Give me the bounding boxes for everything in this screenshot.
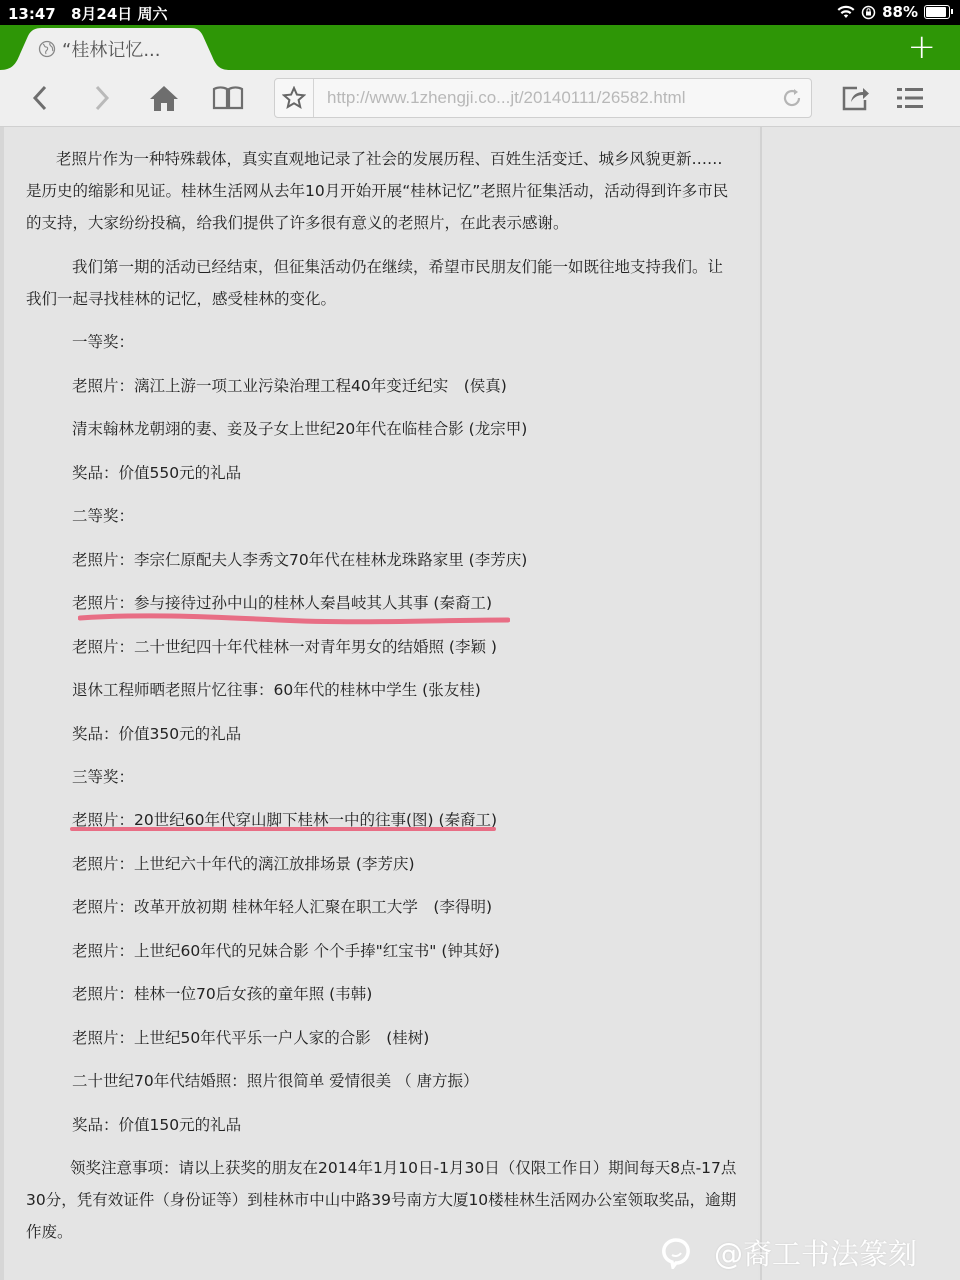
second-prize-item: 退休工程师晒老照片忆往事：60年代的桂林中学生 (张友桂) — [72, 678, 481, 700]
battery-percent: 88% — [882, 3, 918, 21]
share-icon — [841, 84, 871, 112]
reload-icon[interactable] — [781, 87, 803, 109]
address-bar[interactable]: http://www.1zhengji.co...jt/20140111/265… — [274, 78, 812, 118]
third-prize-reward: 奖品：价值150元的礼品 — [72, 1113, 241, 1135]
home-button[interactable] — [146, 80, 182, 116]
third-prize-item: 二十世纪70年代结婚照：照片很简单 爱情很美 （ 唐方振） — [72, 1069, 479, 1091]
second-prize-reward: 奖品：价值350元的礼品 — [72, 722, 241, 744]
watermark-text: @裔工书法篆刻 — [714, 1232, 917, 1273]
tab-title-container[interactable]: “桂林记忆... — [38, 36, 161, 62]
second-prize-item: 老照片：二十世纪四十年代桂林一对青年男女的结婚照 (李颖 ) — [72, 635, 497, 657]
second-prize-heading: 二等奖： — [72, 504, 134, 526]
intro-line-3: 的支持，大家纷纷投稿，给我们提供了许多很有意义的老照片，在此表示感谢。 — [26, 211, 569, 233]
third-prize-item: 老照片：上世纪六十年代的漓江放排场景 (李芳庆) — [72, 852, 415, 874]
bookmarks-button[interactable] — [208, 80, 248, 116]
highlight-underline-2 — [70, 827, 496, 831]
continue-line-1: 我们第一期的活动已经结束，但征集活动仍在继续，希望市民朋友们能一如既往地支持我们… — [72, 255, 723, 277]
status-bar: 13:47 8月24日 周六 88% — [0, 0, 960, 25]
chevron-right-icon — [94, 85, 110, 111]
weibo-logo-icon — [660, 1237, 692, 1269]
first-prize-item: 老照片：漓江上游一项工业污染治理工程40年变迁纪实 (侯真) — [72, 374, 507, 396]
watermark: @裔工书法篆刻 — [660, 1232, 917, 1273]
url-text[interactable]: http://www.1zhengji.co...jt/20140111/265… — [327, 88, 686, 108]
third-prize-item: 老照片：上世纪50年代平乐一户人家的合影 (桂树) — [72, 1026, 429, 1048]
star-icon — [282, 86, 306, 110]
forward-button[interactable] — [86, 80, 118, 116]
list-menu-icon — [896, 85, 924, 111]
rotation-lock-icon — [861, 5, 876, 20]
notice-line-2: 30分，凭有效证件（身份证等）到桂林市中山中路39号南方大厦10楼桂林生活网办公… — [26, 1188, 736, 1210]
bookmark-star-button[interactable] — [275, 79, 314, 117]
article-content: 老照片作为一种特殊载体，真实直观地记录了社会的发展历程、百姓生活变迁、城乡风貌更… — [0, 127, 758, 1280]
back-button[interactable] — [24, 80, 56, 116]
chevron-left-icon — [32, 85, 48, 111]
battery-icon — [924, 5, 950, 19]
highlight-underline-1 — [78, 612, 510, 626]
third-prize-item: 老照片：上世纪60年代的兄妹合影 个个手捧"红宝书" (钟其妤) — [72, 939, 500, 961]
share-button[interactable] — [838, 80, 874, 116]
third-prize-item: 老照片：改革开放初期 桂林年轻人汇聚在职工大学 (李得明) — [72, 895, 492, 917]
second-prize-item-highlighted: 老照片：参与接待过孙中山的桂林人秦昌岐其人其事 (秦裔工) — [72, 591, 492, 613]
intro-line-2: 是历史的缩影和见证。桂林生活网从去年10月开始开展“桂林记忆”老照片征集活动，活… — [26, 179, 728, 201]
wifi-icon — [837, 5, 855, 19]
menu-button[interactable] — [894, 80, 926, 116]
new-tab-button[interactable]: + — [908, 32, 937, 62]
tab-title: “桂林记忆... — [62, 36, 161, 62]
status-time: 13:47 — [8, 5, 56, 23]
third-prize-heading: 三等奖： — [72, 765, 134, 787]
first-prize-item: 清末翰林龙朝翊的妻、妾及子女上世纪20年代在临桂合影 (龙宗甲) — [72, 417, 527, 439]
first-prize-reward: 奖品：价值550元的礼品 — [72, 461, 241, 483]
first-prize-heading: 一等奖： — [72, 330, 134, 352]
side-panel — [762, 127, 960, 1280]
notice-line-3: 作废。 — [26, 1220, 73, 1242]
second-prize-item: 老照片：李宗仁原配夫人李秀文70年代在桂林龙珠路家里 (李芳庆) — [72, 548, 527, 570]
web-page: 老照片作为一种特殊载体，真实直观地记录了社会的发展历程、百姓生活变迁、城乡风貌更… — [0, 127, 960, 1280]
book-icon — [212, 86, 244, 110]
status-date: 8月24日 周六 — [71, 5, 168, 23]
intro-line-1: 老照片作为一种特殊载体，真实直观地记录了社会的发展历程、百姓生活变迁、城乡风貌更… — [56, 147, 723, 169]
third-prize-item: 老照片：桂林一位70后女孩的童年照 (韦韩) — [72, 982, 372, 1004]
continue-line-2: 我们一起寻找桂林的记忆，感受桂林的变化。 — [26, 287, 336, 309]
home-icon — [148, 84, 180, 112]
notice-line-1: 领奖注意事项：请以上获奖的朋友在2014年1月10日-1月30日（仅限工作日）期… — [70, 1156, 736, 1178]
globe-icon — [38, 40, 56, 58]
browser-toolbar: http://www.1zhengji.co...jt/20140111/265… — [0, 70, 960, 127]
